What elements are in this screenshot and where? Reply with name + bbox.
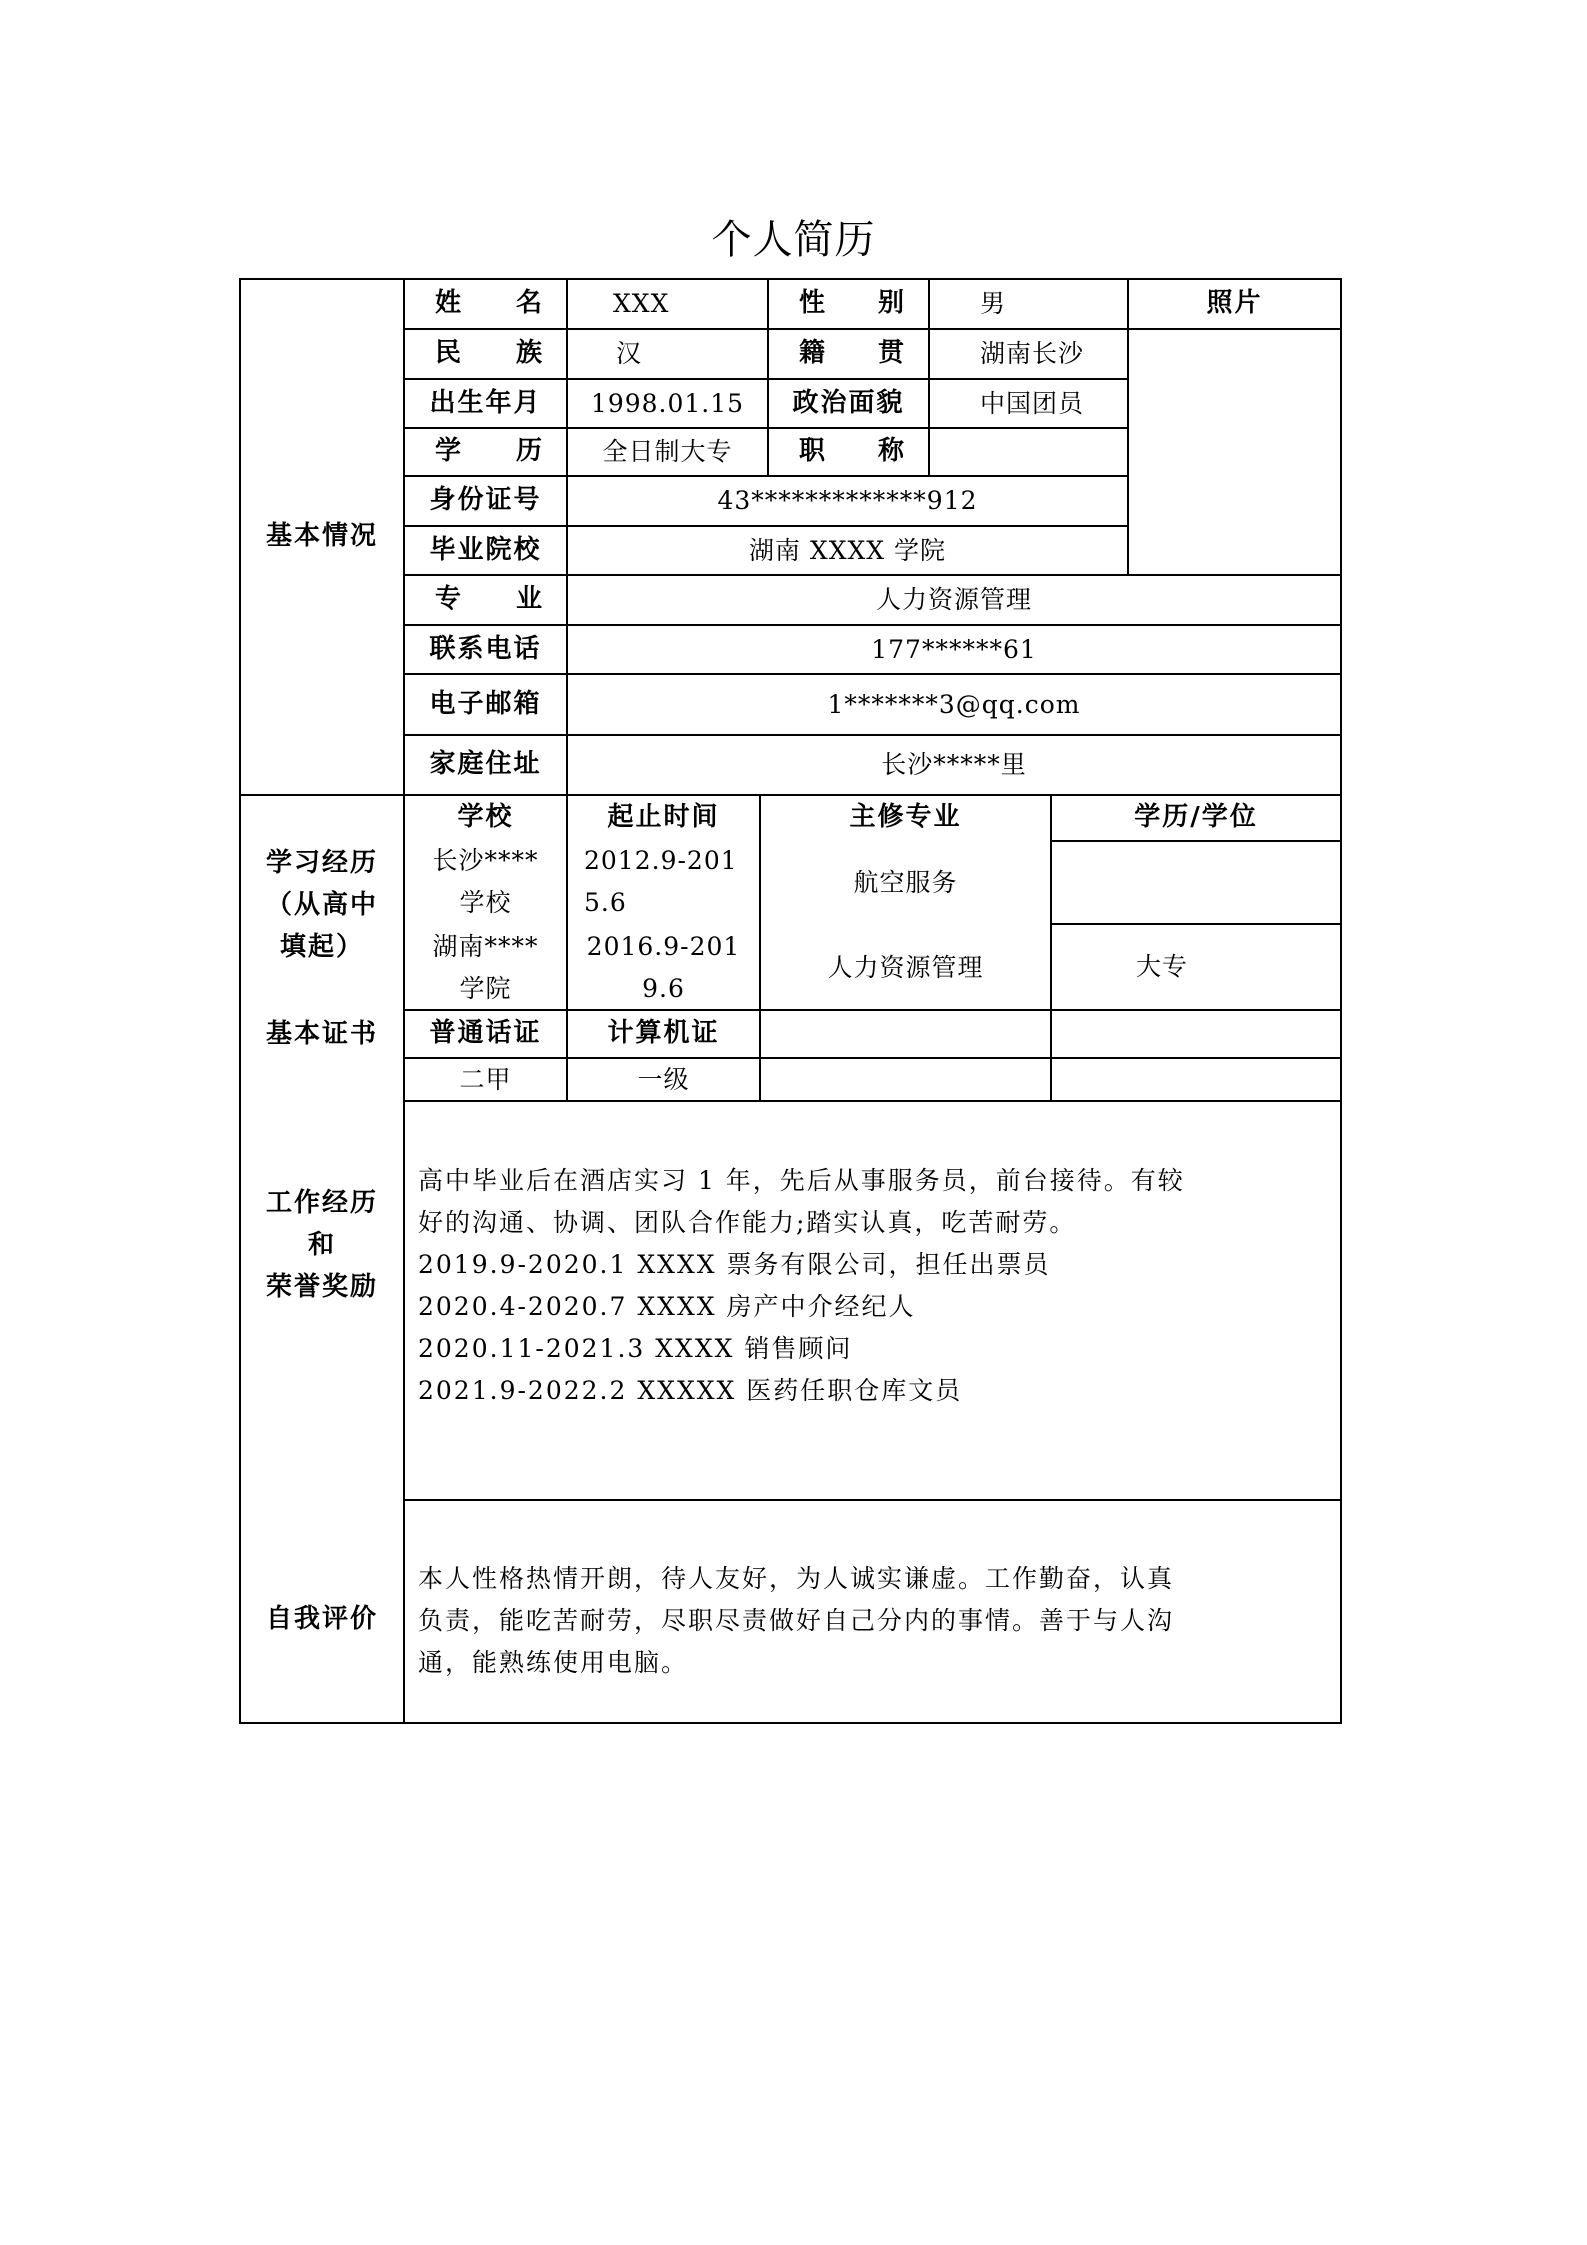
section-label-work: 工作经历 和 荣誉奖励 xyxy=(241,1180,403,1310)
study-row-2-period: 2016.9-201 9.6 xyxy=(568,926,759,1009)
study-row-1-school-line-1: 长沙**** xyxy=(432,840,538,882)
education-value: 全日制大专 xyxy=(568,429,767,475)
study-row-2-period-line-2: 9.6 xyxy=(642,968,685,1010)
phone-label: 联系电话 xyxy=(405,626,566,673)
id-value: 43*************912 xyxy=(568,477,1127,525)
study-label-line-3: 填起） xyxy=(280,926,364,968)
name-label: 姓 名 xyxy=(405,280,566,328)
ethnicity-value: 汉 xyxy=(568,330,767,378)
study-header-degree: 学历/学位 xyxy=(1052,796,1340,840)
study-row-1-major: 航空服务 xyxy=(761,842,1050,924)
study-row-1-school-line-2: 学校 xyxy=(459,882,511,924)
study-label-line-2: （从高中 xyxy=(266,884,378,926)
study-row-1-period: 2012.9-201 5.6 xyxy=(568,840,759,924)
address-label: 家庭住址 xyxy=(405,736,566,794)
education-label-char-1: 学 xyxy=(435,436,463,467)
divider xyxy=(403,1499,1341,1501)
work-label-line-3: 荣誉奖励 xyxy=(266,1266,378,1308)
photo-label: 照片 xyxy=(1129,280,1340,328)
name-value: XXX xyxy=(568,280,767,328)
name-label-char-2: 名 xyxy=(516,288,544,319)
study-label-line-1: 学习经历 xyxy=(266,842,378,884)
address-value: 长沙*****里 xyxy=(568,736,1340,794)
job-title-label-char-1: 职 xyxy=(799,436,827,467)
political-value: 中国团员 xyxy=(930,380,1127,427)
email-label: 电子邮箱 xyxy=(405,675,566,734)
study-row-2-major: 人力资源管理 xyxy=(761,926,1050,1009)
cert-value-mandarin: 二甲 xyxy=(405,1059,566,1100)
work-line: 好的沟通、协调、团队合作能力;踏实认真，吃苦耐劳。 xyxy=(418,1202,1338,1244)
major-label: 专 业 xyxy=(405,576,566,624)
ethnicity-value-text: 汉 xyxy=(616,339,642,369)
birth-label: 出生年月 xyxy=(405,380,566,427)
cert-value-4 xyxy=(1052,1059,1340,1100)
cert-header-3 xyxy=(761,1011,1050,1057)
study-row-1-degree xyxy=(1052,842,1340,923)
table-border-right xyxy=(1340,278,1342,1724)
job-title-value xyxy=(930,429,1127,475)
education-label: 学 历 xyxy=(405,429,566,475)
major-value: 人力资源管理 xyxy=(568,576,1340,624)
phone-value: 177******61 xyxy=(568,626,1340,673)
study-header-major: 主修专业 xyxy=(761,796,1050,840)
study-row-2-school: 湖南**** 学院 xyxy=(405,926,566,1009)
email-value: 1*******3@qq.com xyxy=(568,675,1340,734)
work-line: 2020.4-2020.7 XXXX 房产中介经纪人 xyxy=(418,1286,1338,1328)
political-value-text: 中国团员 xyxy=(980,389,1084,419)
work-line: 2019.9-2020.1 XXXX 票务有限公司，担任出票员 xyxy=(418,1244,1338,1286)
work-label-line-1: 工作经历 xyxy=(266,1182,378,1224)
cert-value-3 xyxy=(761,1059,1050,1100)
cert-header-computer: 计算机证 xyxy=(568,1011,759,1057)
self-eval-line: 本人性格热情开朗，待人友好，为人诚实谦虚。工作勤奋，认真 xyxy=(418,1558,1338,1600)
job-title-label: 职 称 xyxy=(769,429,928,475)
political-label: 政治面貌 xyxy=(769,380,928,427)
birth-value: 1998.01.15 xyxy=(568,380,767,427)
cert-header-mandarin: 普通话证 xyxy=(405,1011,566,1057)
study-header-school: 学校 xyxy=(405,796,566,840)
study-row-2-degree: 大专 xyxy=(1052,925,1340,1009)
section-label-study: 学习经历 （从高中 填起） xyxy=(241,840,403,970)
section-label-self-eval: 自我评价 xyxy=(241,1590,403,1650)
study-row-2-period-line-1: 2016.9-201 xyxy=(587,926,741,968)
ethnicity-label: 民 族 xyxy=(405,330,566,378)
origin-label-char-2: 贯 xyxy=(878,338,906,369)
ethnicity-label-char-2: 族 xyxy=(516,338,544,369)
name-label-char-1: 姓 xyxy=(435,288,463,319)
self-eval-line: 通，能熟练使用电脑。 xyxy=(418,1642,1338,1684)
work-line: 高中毕业后在酒店实习 1 年，先后从事服务员，前台接待。有较 xyxy=(418,1160,1338,1202)
gender-label-char-1: 性 xyxy=(799,288,827,319)
origin-value-text: 湖南长沙 xyxy=(980,339,1084,369)
photo-placeholder xyxy=(1129,330,1340,574)
gender-label: 性 别 xyxy=(769,280,928,328)
self-eval-line: 负责，能吃苦耐劳，尽职尽责做好自己分内的事情。善于与人沟 xyxy=(418,1600,1338,1642)
major-label-char-1: 专 xyxy=(435,584,463,615)
work-experience-text: 高中毕业后在酒店实习 1 年，先后从事服务员，前台接待。有较 好的沟通、协调、团… xyxy=(418,1160,1338,1412)
major-label-char-2: 业 xyxy=(516,584,544,615)
gender-value: 男 xyxy=(930,280,1127,328)
ethnicity-label-char-1: 民 xyxy=(435,338,463,369)
study-header-period: 起止时间 xyxy=(568,796,759,840)
cert-header-4 xyxy=(1052,1011,1340,1057)
id-label: 身份证号 xyxy=(405,477,566,525)
section-label-certificates: 基本证书 xyxy=(241,1012,403,1058)
cert-value-computer: 一级 xyxy=(568,1059,759,1100)
education-label-char-2: 历 xyxy=(516,436,544,467)
divider xyxy=(403,1100,1341,1102)
study-row-2-degree-text: 大专 xyxy=(1136,952,1188,982)
gender-value-text: 男 xyxy=(980,289,1006,319)
job-title-label-char-2: 称 xyxy=(878,436,906,467)
study-row-2-school-line-1: 湖南**** xyxy=(432,926,538,968)
school-label: 毕业院校 xyxy=(405,527,566,574)
study-row-1-period-line-1: 2012.9-201 xyxy=(584,840,738,882)
study-row-1-period-line-2: 5.6 xyxy=(584,882,627,924)
study-row-2-school-line-2: 学院 xyxy=(459,968,511,1010)
origin-label-char-1: 籍 xyxy=(799,338,827,369)
section-label-basic: 基本情况 xyxy=(241,280,403,794)
study-row-1-school: 长沙**** 学校 xyxy=(405,840,566,924)
page-title: 个人简历 xyxy=(0,208,1587,265)
origin-value: 湖南长沙 xyxy=(930,330,1127,378)
school-value: 湖南 XXXX 学院 xyxy=(568,527,1127,574)
work-line: 2021.9-2022.2 XXXXX 医药任职仓库文员 xyxy=(418,1370,1338,1412)
origin-label: 籍 贯 xyxy=(769,330,928,378)
self-eval-text: 本人性格热情开朗，待人友好，为人诚实谦虚。工作勤奋，认真 负责，能吃苦耐劳，尽职… xyxy=(418,1558,1338,1684)
work-label-line-2: 和 xyxy=(308,1224,336,1266)
work-line: 2020.11-2021.3 XXXX 销售顾问 xyxy=(418,1328,1338,1370)
name-value-text: XXX xyxy=(613,289,669,319)
gender-label-char-2: 别 xyxy=(878,288,906,319)
